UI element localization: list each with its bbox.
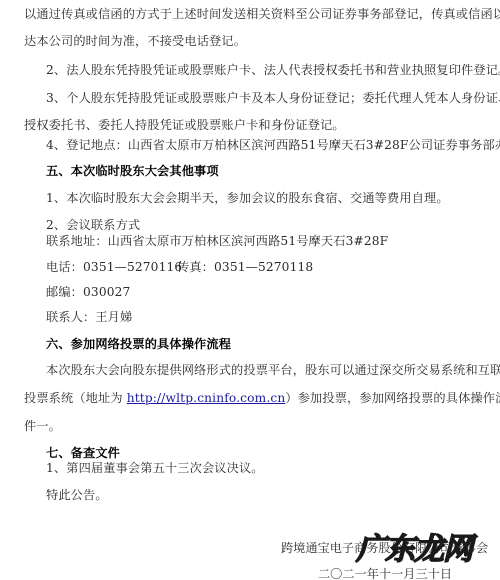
paragraph-line: 达本公司的时间为准，不接受电话登记。 <box>24 33 246 49</box>
registration-item-3: 3、个人股东凭持股凭证或股票账户卡及本人身份证登记；委托代理人凭本人身份证、 <box>46 90 500 106</box>
section-6-paragraph-line-1: 本次股东大会向股东提供网络形式的投票平台，股东可以通过深交所交易系统和互联网 <box>46 362 500 378</box>
contact-address: 联系地址：山西省太原市万柏林区滨河西路51号摩天石3#28F <box>46 233 388 249</box>
section-7-heading: 七、备查文件 <box>46 445 120 461</box>
section-6-paragraph-line-3: 件一。 <box>24 418 61 434</box>
voting-system-link[interactable]: http://wltp.cninfo.com.cn <box>127 391 286 405</box>
registration-item-2: 2、法人股东凭持股凭证或股票账户卡、法人代表授权委托书和营业执照复印件登记。 <box>46 62 500 78</box>
watermark-logo: 广东龙网 <box>356 534 472 566</box>
paragraph-text: ）参加投票，参加网络投票的具体操作流程见附 <box>285 391 500 405</box>
section-5-heading: 五、本次临时股东大会其他事项 <box>46 163 219 179</box>
paragraph-line: 以通过传真或信函的方式于上述时间发送相关资料至公司证券事务部登记，传真或信函以抵 <box>24 6 500 22</box>
contact-phone: 电话：0351—5270116 <box>46 259 182 275</box>
paragraph-text: 投票系统（地址为 <box>24 391 127 405</box>
registration-item-4: 4、登记地点：山西省太原市万柏林区滨河西路51号摩天石3#28F公司证券事务部办… <box>46 137 500 153</box>
section-7-item-1: 1、第四届董事会第五十三次会议决议。 <box>46 460 264 476</box>
signature-date: 二〇二一年十一月三十日 <box>318 566 452 580</box>
contact-postcode: 邮编：030027 <box>46 284 130 300</box>
contact-person: 联系人：王月娣 <box>46 309 132 325</box>
paragraph-line: 授权委托书、委托人持股凭证或股票账户卡和身份证登记。 <box>24 117 345 133</box>
section-5-item-1: 1、本次临时股东大会会期半天，参加会议的股东食宿、交通等费用自理。 <box>46 190 449 206</box>
section-6-paragraph-line-2: 投票系统（地址为 http://wltp.cninfo.com.cn）参加投票，… <box>24 390 500 406</box>
contact-fax: 传真：0351—5270118 <box>177 259 313 275</box>
section-6-heading: 六、参加网络投票的具体操作流程 <box>46 336 231 352</box>
document-page: 以通过传真或信函的方式于上述时间发送相关资料至公司证券事务部登记，传真或信函以抵… <box>0 0 500 580</box>
closing-statement: 特此公告。 <box>46 487 108 503</box>
section-5-item-2: 2、会议联系方式 <box>46 217 140 233</box>
